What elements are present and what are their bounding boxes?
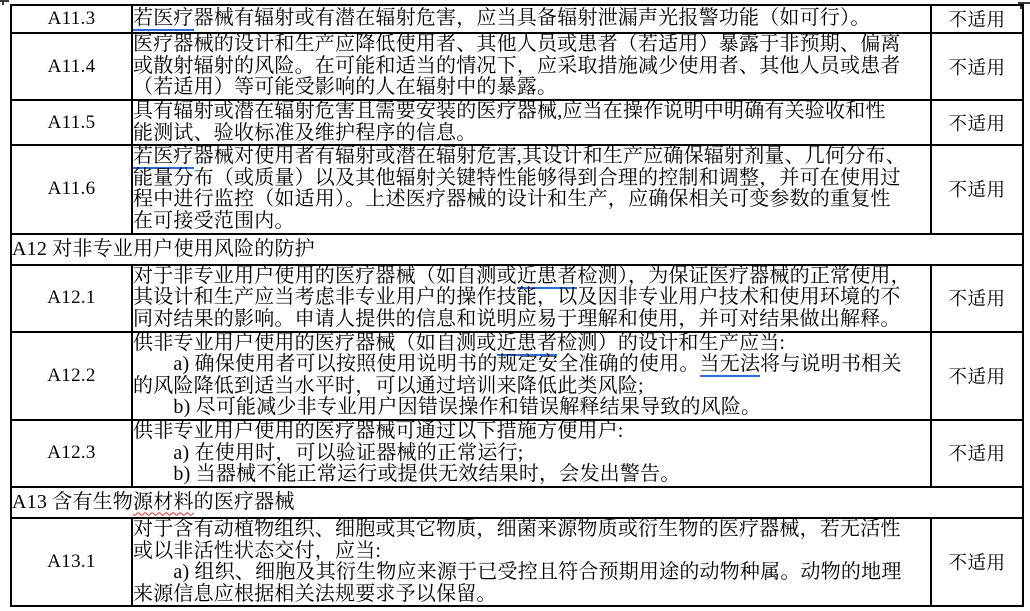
description-line: 在可接受范围内。 [133,211,930,233]
row-description-cell: 若医疗器械有辐射或有潜在辐射危害，应当具备辐射泄漏声光报警功能（如可行）。 [132,5,931,33]
proofing-grammar-underline: 当无法 [700,353,761,377]
table-handle-artifact-top-left-v [2,0,4,5]
row-id-cell: A11.3 [11,5,132,33]
row-status-cell: 不适用 [931,100,1023,145]
description-line: 同对结果的影响。申请人提供的信息和说明应易于理解和使用，并可对结果做出解释。 [133,309,930,331]
row-status-cell: 不适用 [931,332,1023,420]
table-row: A11.5具有辐射或潜在辐射危害且需要安装的医疗器械,应当在操作说明中明确有关验… [11,100,1023,145]
row-description-cell: 具有辐射或潜在辐射危害且需要安装的医疗器械,应当在操作说明中明确有关验收和性能测… [132,100,931,145]
row-id-cell: A11.6 [11,145,132,233]
description-line: b) 尽可能减少非专业用户因错误操作和错误解释结果导致的风险。 [133,397,930,419]
description-line: b) 当器械不能正常运行或提供无效结果时，会发出警告。 [133,464,930,486]
row-status-cell: 不适用 [931,33,1023,100]
row-status-cell: 不适用 [931,518,1023,606]
description-line: 程中进行监控（如适用）。上述医疗器械的设计和生产，应确保相关可变参数的重复性 [133,189,930,211]
description-line: 对于非专业用户使用的医疗器械（如自测或近患者检测），为保证医疗器械的正常使用， [133,266,930,288]
section-header-row: A13 含有生物源材料的医疗器械 [11,487,1023,518]
description-line: a) 确保使用者可以按照使用说明书的规定安全准确的使用。当无法将与说明书相关 [133,354,930,376]
row-status-cell: 不适用 [931,5,1023,33]
row-description-cell: 供非专业用户使用的医疗器械可通过以下措施方便用户: a) 在使用时，可以验证器械… [132,420,931,487]
description-line: a) 组织、细胞及其衍生物应来源于已受控且符合预期用途的动物种属。动物的地理 [133,562,930,584]
table-row: A12.3供非专业用户使用的医疗器械可通过以下措施方便用户: a) 在使用时，可… [11,420,1023,487]
table-row: A12.2供非专业用户使用的医疗器械（如自测或近患者检测）的设计和生产应当: a… [11,332,1023,420]
table-row: A11.3若医疗器械有辐射或有潜在辐射危害，应当具备辐射泄漏声光报警功能（如可行… [11,5,1023,33]
row-id-cell: A12.3 [11,420,132,487]
description-line: 对于含有动植物组织、细胞或其它物质，细菌来源物质或衍生物的医疗器械，若无活性 [133,519,930,541]
description-line: 若医疗器械对使用者有辐射或潜在辐射危害,其设计和生产应确保辐射剂量、几何分布、 [133,146,930,168]
description-line: 医疗器械的设计和生产应降低使用者、其他人员或患者（若适用）暴露于非预期、偏离 [133,34,930,56]
row-id-cell: A13.1 [11,518,132,606]
description-line: 供非专业用户使用的医疗器械（如自测或近患者检测）的设计和生产应当: [133,333,930,355]
row-description-cell: 若医疗器械对使用者有辐射或潜在辐射危害,其设计和生产应确保辐射剂量、几何分布、能… [132,145,931,233]
row-id-cell: A11.4 [11,33,132,100]
table-row: A12.1对于非专业用户使用的医疗器械（如自测或近患者检测），为保证医疗器械的正… [11,265,1023,332]
section-header-label: A13 含有生物源材料的医疗器械 [11,487,1023,518]
description-line: a) 在使用时，可以验证器械的正常运行; [133,443,930,465]
row-description-cell: 供非专业用户使用的医疗器械（如自测或近患者检测）的设计和生产应当: a) 确保使… [132,332,931,420]
requirements-checklist-table: A11.3若医疗器械有辐射或有潜在辐射危害，应当具备辐射泄漏声光报警功能（如可行… [10,4,1024,607]
proofing-grammar-underline: 近患者 [497,332,558,356]
description-line: 或以非活性状态交付，应当: [133,541,930,563]
description-line: 其设计和生产应当考虑非专业用户的操作技能，以及因非专业用户技术和使用环境的不 [133,287,930,309]
description-line: （若适用）等可能受影响的人在辐射中的暴露。 [133,77,930,99]
proofing-grammar-underline: 若医疗 [133,145,194,169]
row-description-cell: 对于含有动植物组织、细胞或其它物质，细菌来源物质或衍生物的医疗器械，若无活性或以… [132,518,931,606]
description-line: 能量分布（或质量）以及其他辐射关键特性能够得到合理的控制和调整，并可在使用过 [133,168,930,190]
description-line: 的风险降低到适当水平时，可以通过培训来降低此类风险; [133,376,930,398]
description-line: 来源信息应根据相关法规要求予以保留。 [133,584,930,606]
table-row: A11.6若医疗器械对使用者有辐射或潜在辐射危害,其设计和生产应确保辐射剂量、几… [11,145,1023,233]
section-header-row: A12 对非专业用户使用风险的防护 [11,234,1023,265]
row-status-cell: 不适用 [931,145,1023,233]
row-description-cell: 医疗器械的设计和生产应降低使用者、其他人员或患者（若适用）暴露于非预期、偏离或散… [132,33,931,100]
proofing-grammar-underline: 若医疗 [133,7,194,31]
row-status-cell: 不适用 [931,265,1023,332]
row-id-cell: A12.1 [11,265,132,332]
description-line: 若医疗器械有辐射或有潜在辐射危害，应当具备辐射泄漏声光报警功能（如可行）。 [133,8,930,30]
row-id-cell: A12.2 [11,332,132,420]
table-row: A13.1对于含有动植物组织、细胞或其它物质，细菌来源物质或衍生物的医疗器械，若… [11,518,1023,606]
row-description-cell: 对于非专业用户使用的医疗器械（如自测或近患者检测），为保证医疗器械的正常使用，其… [132,265,931,332]
document-page: { "status_color": "#000000", "proofing_c… [0,0,1030,611]
section-header-label: A12 对非专业用户使用风险的防护 [11,234,1023,265]
requirements-table-body: A11.3若医疗器械有辐射或有潜在辐射危害，应当具备辐射泄漏声光报警功能（如可行… [11,5,1023,606]
description-line: 或散射辐射的风险。在可能和适当的情况下，应采取措施减少使用者、其他人员或患者 [133,56,930,78]
description-line: 具有辐射或潜在辐射危害且需要安装的医疗器械,应当在操作说明中明确有关验收和性 [133,101,930,123]
description-line: 供非专业用户使用的医疗器械可通过以下措施方便用户: [133,421,930,443]
proofing-spelling-underline: 源材料 [133,491,194,513]
table-row: A11.4医疗器械的设计和生产应降低使用者、其他人员或患者（若适用）暴露于非预期… [11,33,1023,100]
row-status-cell: 不适用 [931,420,1023,487]
description-line: 能测试、验收标准及维护程序的信息。 [133,123,930,145]
row-id-cell: A11.5 [11,100,132,145]
